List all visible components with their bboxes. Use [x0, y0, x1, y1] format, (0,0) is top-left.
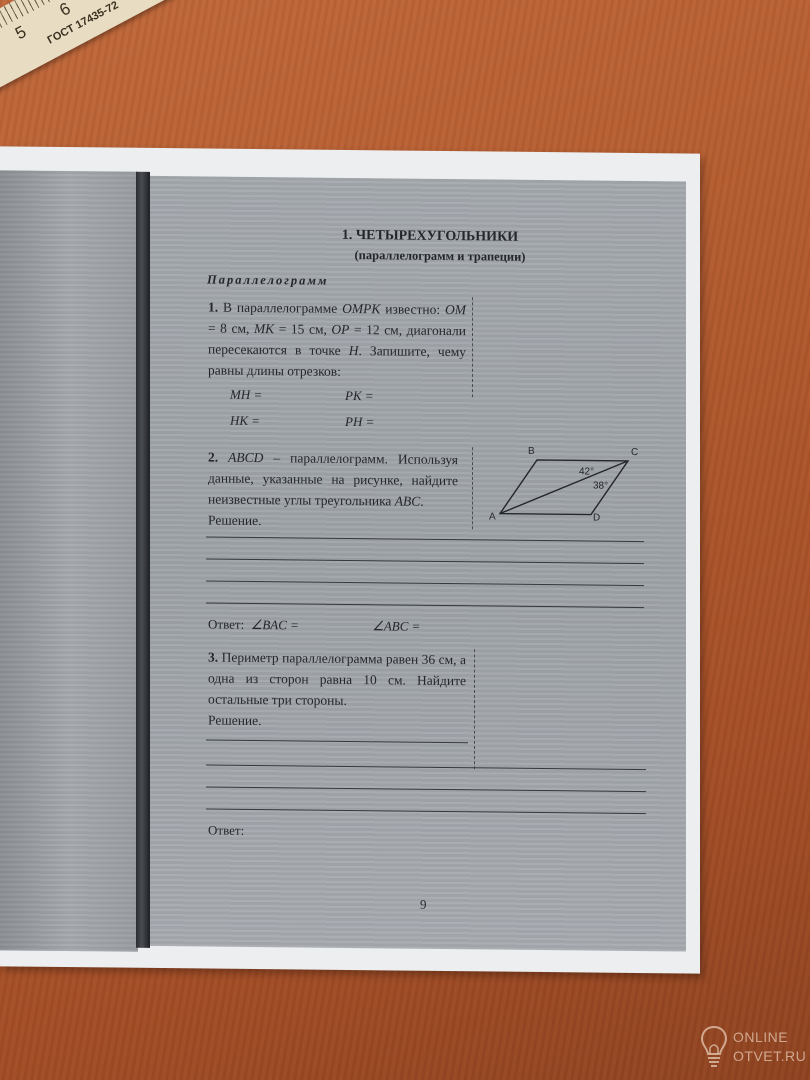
vertex-d: D	[593, 513, 600, 524]
solution-label: Решение.	[208, 513, 262, 529]
task-3-text: 3. Периметр параллелограмма равен 36 см,…	[208, 647, 466, 734]
ruler-ticks	[0, 0, 266, 56]
segment-mh: MH =	[230, 387, 262, 403]
answer-abc: ∠ABC =	[372, 618, 420, 634]
task-3-answer: Ответ:	[208, 823, 244, 839]
answer-bac: ∠BAC =	[251, 617, 299, 633]
watermark: ONLINE OTVET.RU	[697, 1024, 807, 1074]
page-number: 9	[420, 897, 427, 913]
segment-pk: PK =	[345, 388, 374, 404]
figure-divider	[472, 447, 473, 529]
answer-line	[206, 764, 646, 770]
task-1-text: 1. В параллелограмме OMPK известно: OM =…	[208, 297, 466, 384]
angle-label-38: 38°	[593, 481, 608, 492]
answer-line	[206, 602, 644, 608]
left-page-blurred	[0, 170, 138, 951]
vertex-a: A	[489, 511, 496, 522]
segment-hk: HK =	[230, 413, 260, 429]
answer-box-divider	[474, 649, 475, 769]
answer-line	[206, 786, 646, 792]
chapter-title: 1. ЧЕТЫРЕХУГОЛЬНИКИ	[280, 227, 580, 246]
angle-label-42: 42°	[579, 466, 594, 477]
watermark-line-1: ONLINE	[733, 1028, 806, 1047]
chapter-subtitle: (параллелограмм и трапеции)	[290, 247, 590, 265]
task-2-text: 2. ABCD – параллелограмм. Используя данн…	[208, 447, 458, 534]
ruler-number: 6	[56, 0, 74, 21]
answer-line	[206, 580, 644, 586]
section-title: Параллелограмм	[207, 273, 328, 289]
answer-box-divider	[472, 297, 473, 397]
parallelogram-figure: A B C D 42° 38°	[485, 441, 645, 523]
ruler-number: 5	[12, 22, 30, 44]
answer-line	[206, 808, 646, 814]
vertex-c: C	[631, 447, 638, 458]
solution-label: Решение.	[208, 713, 262, 729]
task-2-answer: Ответ: ∠BAC = ∠ABC =	[208, 617, 420, 635]
vertex-b: B	[528, 446, 535, 457]
segment-ph: PH =	[345, 414, 374, 430]
lightbulb-icon	[699, 1024, 729, 1070]
book-spine-shadow	[136, 172, 150, 948]
watermark-line-2: OTVET.RU	[733, 1047, 806, 1066]
answer-line	[206, 536, 644, 542]
answer-line	[206, 739, 468, 743]
photocopy-sheet: 1. ЧЕТЫРЕХУГОЛЬНИКИ (параллелограмм и тр…	[0, 146, 700, 973]
ruler: 4 5 6 7 8 9 ГОСТ 17435-72 VII -16 www	[0, 0, 291, 102]
task-number: 1.	[208, 300, 218, 315]
answer-line	[206, 558, 644, 564]
ruler-standard: ГОСТ 17435-72	[45, 0, 120, 47]
workbook-page: 1. ЧЕТЫРЕХУГОЛЬНИКИ (параллелограмм и тр…	[150, 176, 686, 952]
